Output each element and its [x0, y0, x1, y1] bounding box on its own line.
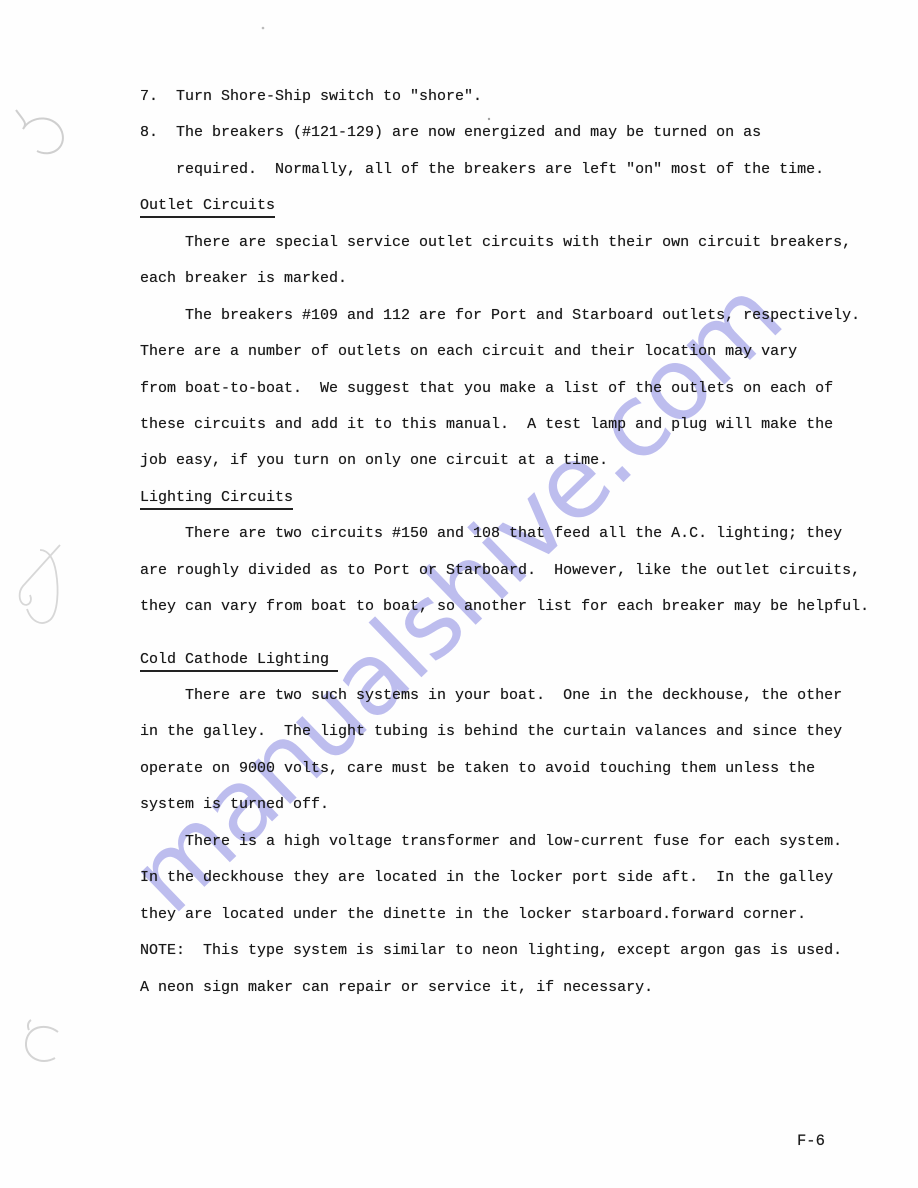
- text-line: 8. The breakers (#121-129) are now energ…: [140, 115, 910, 151]
- scan-artifact-top-curl: [16, 110, 63, 153]
- section-heading: Outlet Circuits: [140, 188, 910, 224]
- text-line: 7. Turn Shore-Ship switch to "shore".: [140, 79, 910, 115]
- text-line: are roughly divided as to Port or Starbo…: [140, 553, 910, 589]
- text-line: required. Normally, all of the breakers …: [140, 152, 910, 188]
- section-heading-label: Lighting Circuits: [140, 488, 293, 510]
- scan-speck-top: [262, 27, 265, 30]
- page-number: F-6: [797, 1129, 825, 1153]
- paragraph-gap: [140, 626, 910, 642]
- text-line: job easy, if you turn on only one circui…: [140, 443, 910, 479]
- text-line: NOTE: This type system is similar to neo…: [140, 933, 910, 969]
- text-line: from boat-to-boat. We suggest that you m…: [140, 371, 910, 407]
- text-line: There are two circuits #150 and 108 that…: [140, 516, 910, 552]
- document-text: 7. Turn Shore-Ship switch to "shore".8. …: [140, 79, 910, 1006]
- text-line: they can vary from boat to boat, so anot…: [140, 589, 910, 625]
- text-line: operate on 9000 volts, care must be take…: [140, 751, 910, 787]
- text-line: they are located under the dinette in th…: [140, 897, 910, 933]
- text-line: system is turned off.: [140, 787, 910, 823]
- text-line: There are special service outlet circuit…: [140, 225, 910, 261]
- text-line: A neon sign maker can repair or service …: [140, 970, 910, 1006]
- text-line: these circuits and add it to this manual…: [140, 407, 910, 443]
- text-line: There is a high voltage transformer and …: [140, 824, 910, 860]
- section-heading-label: Outlet Circuits: [140, 196, 275, 218]
- scan-artifact-mid-flag: [20, 545, 60, 623]
- text-line: The breakers #109 and 112 are for Port a…: [140, 298, 910, 334]
- scan-artifact-bottom-curl: [26, 1020, 58, 1061]
- section-heading: Cold Cathode Lighting: [140, 642, 910, 678]
- text-line: In the deckhouse they are located in the…: [140, 860, 910, 896]
- document-page: manualshive.com 7. Turn Shore-Ship switc…: [0, 0, 918, 1188]
- section-heading: Lighting Circuits: [140, 480, 910, 516]
- text-line: There are a number of outlets on each ci…: [140, 334, 910, 370]
- text-line: There are two such systems in your boat.…: [140, 678, 910, 714]
- text-line: in the galley. The light tubing is behin…: [140, 714, 910, 750]
- text-line: each breaker is marked.: [140, 261, 910, 297]
- section-heading-label: Cold Cathode Lighting: [140, 650, 338, 672]
